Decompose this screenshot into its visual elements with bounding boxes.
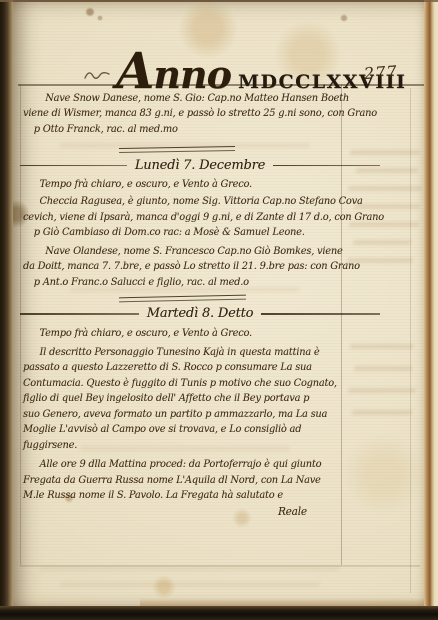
manuscript-line: p Giò Cambiaso di Dom.co rac: a Mosè & S…	[30, 225, 359, 240]
bleed-through-mark	[60, 582, 321, 587]
manuscript-line: figlio di quel Bey ingelosito dell' Affe…	[23, 391, 358, 406]
manuscript-line: M.le Russa nome il S. Pavolo. La Fregata…	[23, 488, 358, 503]
divider-double-rule	[119, 295, 246, 302]
manuscript-line: Contumacia. Questo è fuggito di Tunis p …	[23, 376, 358, 391]
manuscript-line: Tempo frà chiaro, e oscuro, e Vento à Gr…	[30, 177, 359, 192]
footer-rule-line	[20, 565, 420, 567]
bleed-through-mark	[40, 566, 341, 571]
manuscript-line: Nave Snow Danese, nome S. Gio: Cap.no Ma…	[30, 91, 359, 106]
manuscript-line: Alle ore 9 dlla Mattina proced: da Porto…	[30, 457, 359, 472]
manuscript-line: cevich, viene di Ipsarà, manca d'oggi 9 …	[23, 210, 358, 225]
section-date-heading: Martedì 8. Detto	[139, 306, 262, 321]
pen-flourish-icon	[84, 68, 110, 82]
manuscript-line: passato a questo Lazzeretto di S. Rocco …	[23, 360, 358, 375]
manuscript-line: Il descritto Personaggio Tunesino Kajà i…	[30, 345, 359, 360]
left-margin-rule	[20, 84, 21, 565]
manuscript-line: fuggirsene.	[23, 438, 358, 453]
manuscript-text-block: Nave Snow Danese, nome S. Gio: Cap.no Ma…	[30, 91, 376, 519]
manuscript-line: p Otto Franck, rac. al med.mo	[30, 122, 359, 137]
heading-rule-left	[20, 165, 127, 167]
manuscript-line: Tempo frà chiaro, e oscuro, e Vento à Gr…	[30, 326, 359, 341]
section-divider: Lunedì 7. Decembre	[30, 147, 376, 173]
heading-rule-right	[261, 313, 380, 315]
manuscript-line: viene di Wismer, manca 83 g.ni, e passò …	[23, 106, 358, 121]
top-board-edge	[0, 0, 438, 2]
manuscript-line: Checcia Ragusea, è giunto, nome Sig. Vit…	[30, 194, 359, 209]
page-number: 277	[363, 62, 398, 83]
catchword: Reale	[278, 504, 371, 519]
section-date-heading: Lunedì 7. Decembre	[127, 158, 273, 173]
manuscript-line: Nave Olandese, nome S. Francesco Cap.no …	[30, 244, 359, 259]
manuscript-line: Moglie L'avvisò al Campo ove si trovava,…	[23, 422, 358, 437]
bottom-board-edge	[0, 606, 438, 620]
page-header: Anno MDCCLXXVIII	[84, 42, 406, 90]
manuscript-line: da Doitt, manca 7. 7.bre, e passò Lo str…	[23, 259, 358, 274]
divider-double-rule	[119, 146, 235, 153]
section-divider: Martedì 8. Detto	[30, 296, 376, 322]
heading-rule-right	[273, 165, 380, 167]
manuscript-line: p Ant.o Franc.o Salucci e figlio, rac. a…	[30, 275, 359, 290]
page-stack-edge	[424, 0, 438, 620]
heading-rule-left	[20, 313, 139, 315]
outer-margin-rule	[410, 88, 411, 593]
book-binding-edge	[0, 0, 13, 620]
manuscript-line: Fregata da Guerra Russa nome L'Aquila dl…	[23, 473, 358, 488]
manuscript-page-scan: Anno MDCCLXXVIII 277 Nave Snow Danese, n…	[0, 0, 438, 620]
manuscript-line: suo Genero, aveva formato un partito p a…	[23, 407, 358, 422]
